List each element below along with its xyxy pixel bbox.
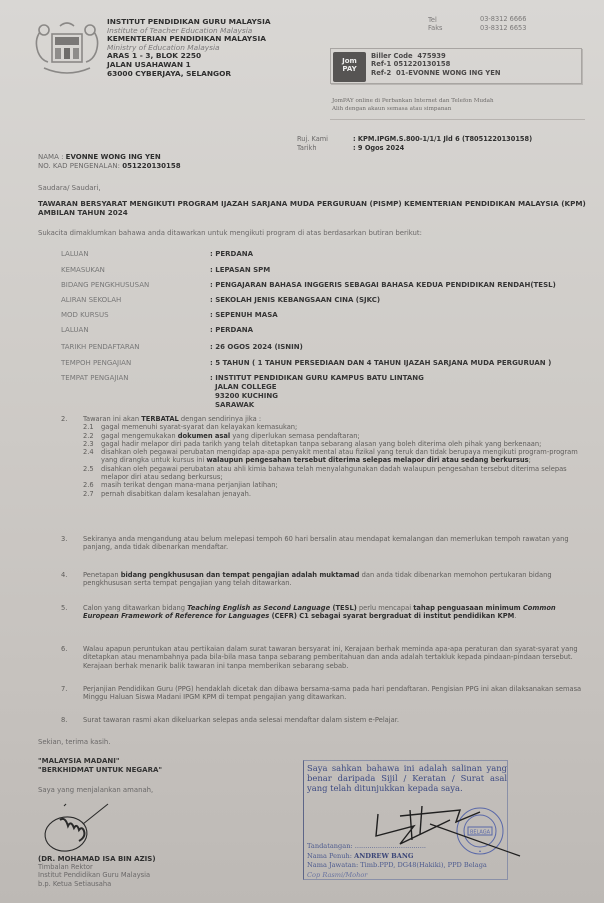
certifier-position: Timb.PPD, DG48(Hakiki), PPD Belaga (360, 861, 487, 869)
detail-label: MOD KURSUS (61, 311, 201, 320)
detail-label: BIDANG PENGKHUSUSAN (61, 281, 201, 290)
tel-number: 03-8312 6666 (480, 15, 526, 24)
signer-name: (DR. MOHAMAD ISA BIN AZIS) (38, 855, 156, 863)
sub-condition: 2.3gagal hadir melapor diri pada tarikh … (83, 440, 591, 448)
recipient-ic: 051220130158 (122, 162, 180, 170)
jompay-note: JomPAY online di Perbankan Internet dan … (332, 97, 494, 113)
sub-condition: 2.5disahkan oleh pegawai perubatan atau … (83, 465, 591, 482)
contact-labels: Tel Faks (428, 16, 442, 33)
detail-label: ALIRAN SEKOLAH (61, 296, 201, 305)
signature-icon (36, 800, 116, 860)
sub-condition: 2.7pernah disabitkan dalam kesalahan jen… (83, 490, 591, 498)
recipient-block: NAMA : EVONNE WONG ING YEN NO. KAD PENGE… (38, 153, 181, 170)
letter-intro: Sukacita dimaklumkan bahawa anda ditawar… (38, 229, 422, 237)
detail-value: : 26 OGOS 2024 (ISNIN) (210, 343, 303, 352)
detail-value: : LEPASAN SPM (210, 266, 270, 275)
signer-block: (DR. MOHAMAD ISA BIN AZIS) Timbalan Rekt… (38, 855, 156, 888)
certifier-fields: Tandatangan: ...........................… (307, 842, 487, 880)
salutation: Saudara/ Saudari, (38, 184, 101, 192)
detail-value-line: JALAN COLLEGE (215, 383, 277, 392)
detail-value: : PERDANA (210, 326, 253, 335)
sub-condition: 2.4disahkan oleh pegawai perubatan mengi… (83, 448, 591, 465)
detail-label: LALUAN (61, 326, 201, 335)
jompay-details: Biller Code 475939 Ref-1 051220130158 Re… (371, 52, 501, 77)
condition-3: 3. Sekiranya anda mengandung atau belum … (61, 535, 591, 552)
coat-of-arms-icon (30, 18, 104, 80)
detail-value: : 5 TAHUN ( 1 TAHUN PERSEDIAAN DAN 4 TAH… (210, 359, 551, 368)
recipient-name: EVONNE WONG ING YEN (66, 153, 161, 161)
ref-1: Ref-1 051220130158 (371, 60, 501, 68)
sub-condition: 2.2gagal mengemukakan dokumen asal yang … (83, 432, 591, 440)
fax-number: 03-8312 6653 (480, 24, 526, 33)
our-ref-label: Ruj. Kami (297, 135, 353, 144)
date-label: Tarikh (297, 144, 353, 153)
closing-thanks: Sekian, terima kasih. (38, 738, 110, 746)
detail-value: : SEPENUH MASA (210, 311, 278, 320)
certifier-name: ANDREW BANG (354, 852, 413, 860)
sub-condition: 2.6masih terikat dengan mana-mana perjan… (83, 481, 591, 489)
detail-value: : PERDANA (210, 250, 253, 259)
condition-5: 5. Calon yang ditawarkan bidang Teaching… (61, 604, 591, 621)
letter-title: TAWARAN BERSYARAT MENGIKUTI PROGRAM IJAZ… (38, 199, 598, 217)
letter-date: : 9 Ogos 2024 (353, 144, 404, 152)
detail-value: : INSTITUT PENDIDIKAN GURU KAMPUS BATU L… (210, 374, 424, 383)
condition-8: 8. Surat tawaran rasmi akan dikeluarkan … (61, 716, 591, 724)
reference-block: Ruj. Kami: KPM.IPGM.S.800-1/1/1 Jld 6 (T… (297, 135, 532, 152)
tel-label: Tel (428, 16, 442, 24)
address-line: 63000 CYBERJAYA, SELANGOR (107, 70, 271, 79)
detail-label: TEMPOH PENGAJIAN (61, 359, 201, 368)
detail-label: TEMPAT PENGAJIAN (61, 374, 201, 383)
closing-amanah: Saya yang menjalankan amanah, (38, 786, 153, 794)
motto: "MALAYSIA MADANI" "BERKHIDMAT UNTUK NEGA… (38, 757, 162, 774)
detail-value: : SEKOLAH JENIS KEBANGSAAN CINA (SJKC) (210, 296, 380, 305)
condition-6: 6. Walau apapun peruntukan atau pertikai… (61, 645, 591, 670)
our-ref: : KPM.IPGM.S.800-1/1/1 Jld 6 (T805122013… (353, 135, 532, 143)
biller-code: Biller Code 475939 (371, 52, 501, 60)
stamp-label: Cop Rasmi/Mohor (307, 871, 487, 881)
detail-label: LALUAN (61, 250, 201, 259)
divider (330, 119, 585, 120)
detail-label: KEMASUKAN (61, 266, 201, 275)
condition-7: 7. Perjanjian Pendidikan Guru (PPG) hend… (61, 685, 591, 702)
letterhead: INSTITUT PENDIDIKAN GURU MALAYSIA Instit… (107, 18, 271, 78)
condition-2: 2. Tawaran ini akan TERBATAL dengan send… (61, 415, 591, 498)
detail-value-line: SARAWAK (215, 401, 254, 410)
certification-text: Saya sahkan bahawa ini adalah salinan ya… (307, 763, 507, 794)
condition-4: 4. Penetapan bidang pengkhususan dan tem… (61, 571, 591, 588)
detail-label: TARIKH PENDAFTARAN (61, 343, 201, 352)
detail-value: : PENGAJARAN BAHASA INGGERIS SEBAGAI BAH… (210, 281, 556, 290)
sub-condition: 2.1gagal memenuhi syarat-syarat dan kela… (83, 423, 591, 431)
ref-2: Ref-2 01-EVONNE WONG ING YEN (371, 69, 501, 77)
detail-value-line: 93200 KUCHING (215, 392, 278, 401)
jompay-logo-icon: Jom PAY (333, 52, 366, 82)
fax-label: Faks (428, 24, 442, 32)
contact-numbers: 03-8312 6666 03-8312 6653 (480, 15, 526, 33)
